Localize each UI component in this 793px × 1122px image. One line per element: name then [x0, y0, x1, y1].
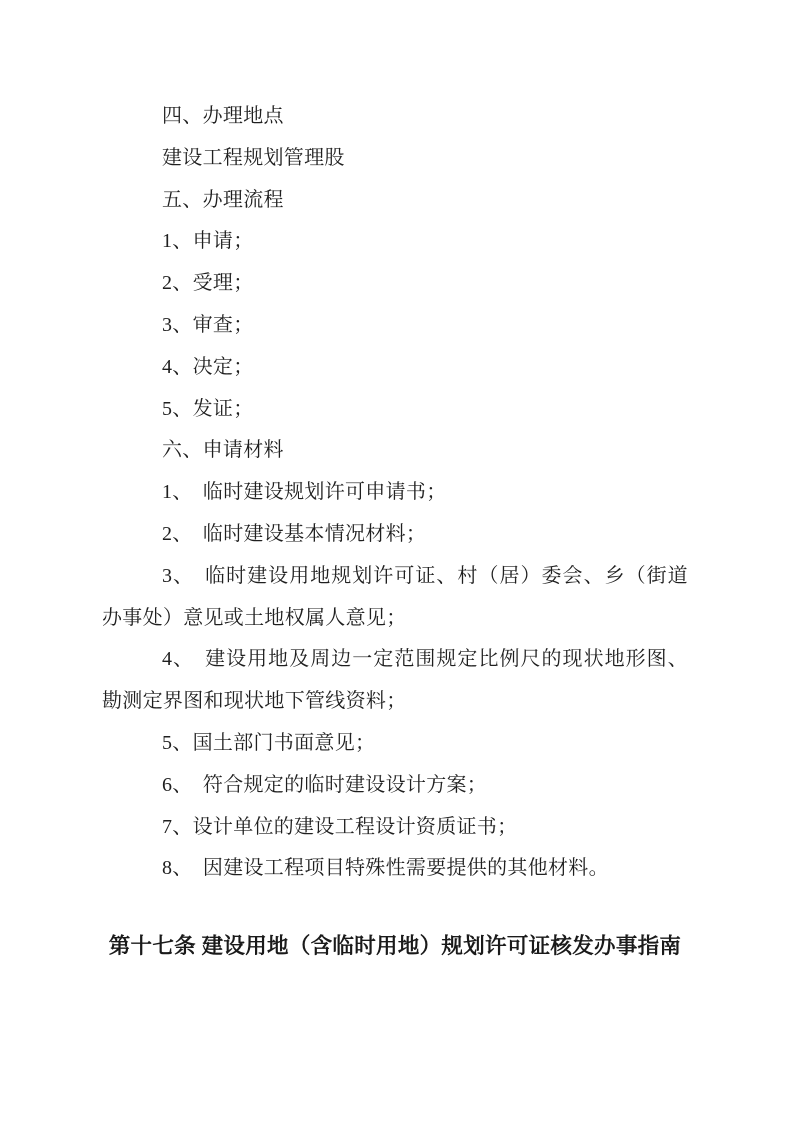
- process-step-4: 4、决定；: [102, 347, 688, 389]
- material-item-3: 3、 临时建设用地规划许可证、村（居）委会、乡（街道办事处）意见或土地权属人意见…: [102, 556, 688, 640]
- material-item-1: 1、 临时建设规划许可申请书；: [102, 472, 688, 514]
- process-step-1: 1、申请；: [102, 221, 688, 263]
- document-body: 四、办理地点 建设工程规划管理股 五、办理流程 1、申请； 2、受理； 3、审查…: [102, 96, 688, 967]
- paragraph-handling-office: 建设工程规划管理股: [102, 138, 688, 180]
- material-item-4: 4、 建设用地及周边一定范围规定比例尺的现状地形图、勘测定界图和现状地下管线资料…: [102, 639, 688, 723]
- article-17-heading: 第十七条 建设用地（含临时用地）规划许可证核发办事指南: [102, 925, 688, 967]
- material-item-7: 7、设计单位的建设工程设计资质证书；: [102, 807, 688, 849]
- material-item-5: 5、国土部门书面意见；: [102, 723, 688, 765]
- material-item-8: 8、 因建设工程项目特殊性需要提供的其他材料。: [102, 848, 688, 890]
- material-item-2: 2、 临时建设基本情况材料；: [102, 514, 688, 556]
- section-heading-location: 四、办理地点: [102, 96, 688, 138]
- section-heading-materials: 六、申请材料: [102, 430, 688, 472]
- process-step-3: 3、审查；: [102, 305, 688, 347]
- document-page: 四、办理地点 建设工程规划管理股 五、办理流程 1、申请； 2、受理； 3、审查…: [0, 0, 793, 1122]
- process-step-5: 5、发证；: [102, 389, 688, 431]
- section-heading-process: 五、办理流程: [102, 180, 688, 222]
- material-item-6: 6、 符合规定的临时建设设计方案；: [102, 765, 688, 807]
- process-step-2: 2、受理；: [102, 263, 688, 305]
